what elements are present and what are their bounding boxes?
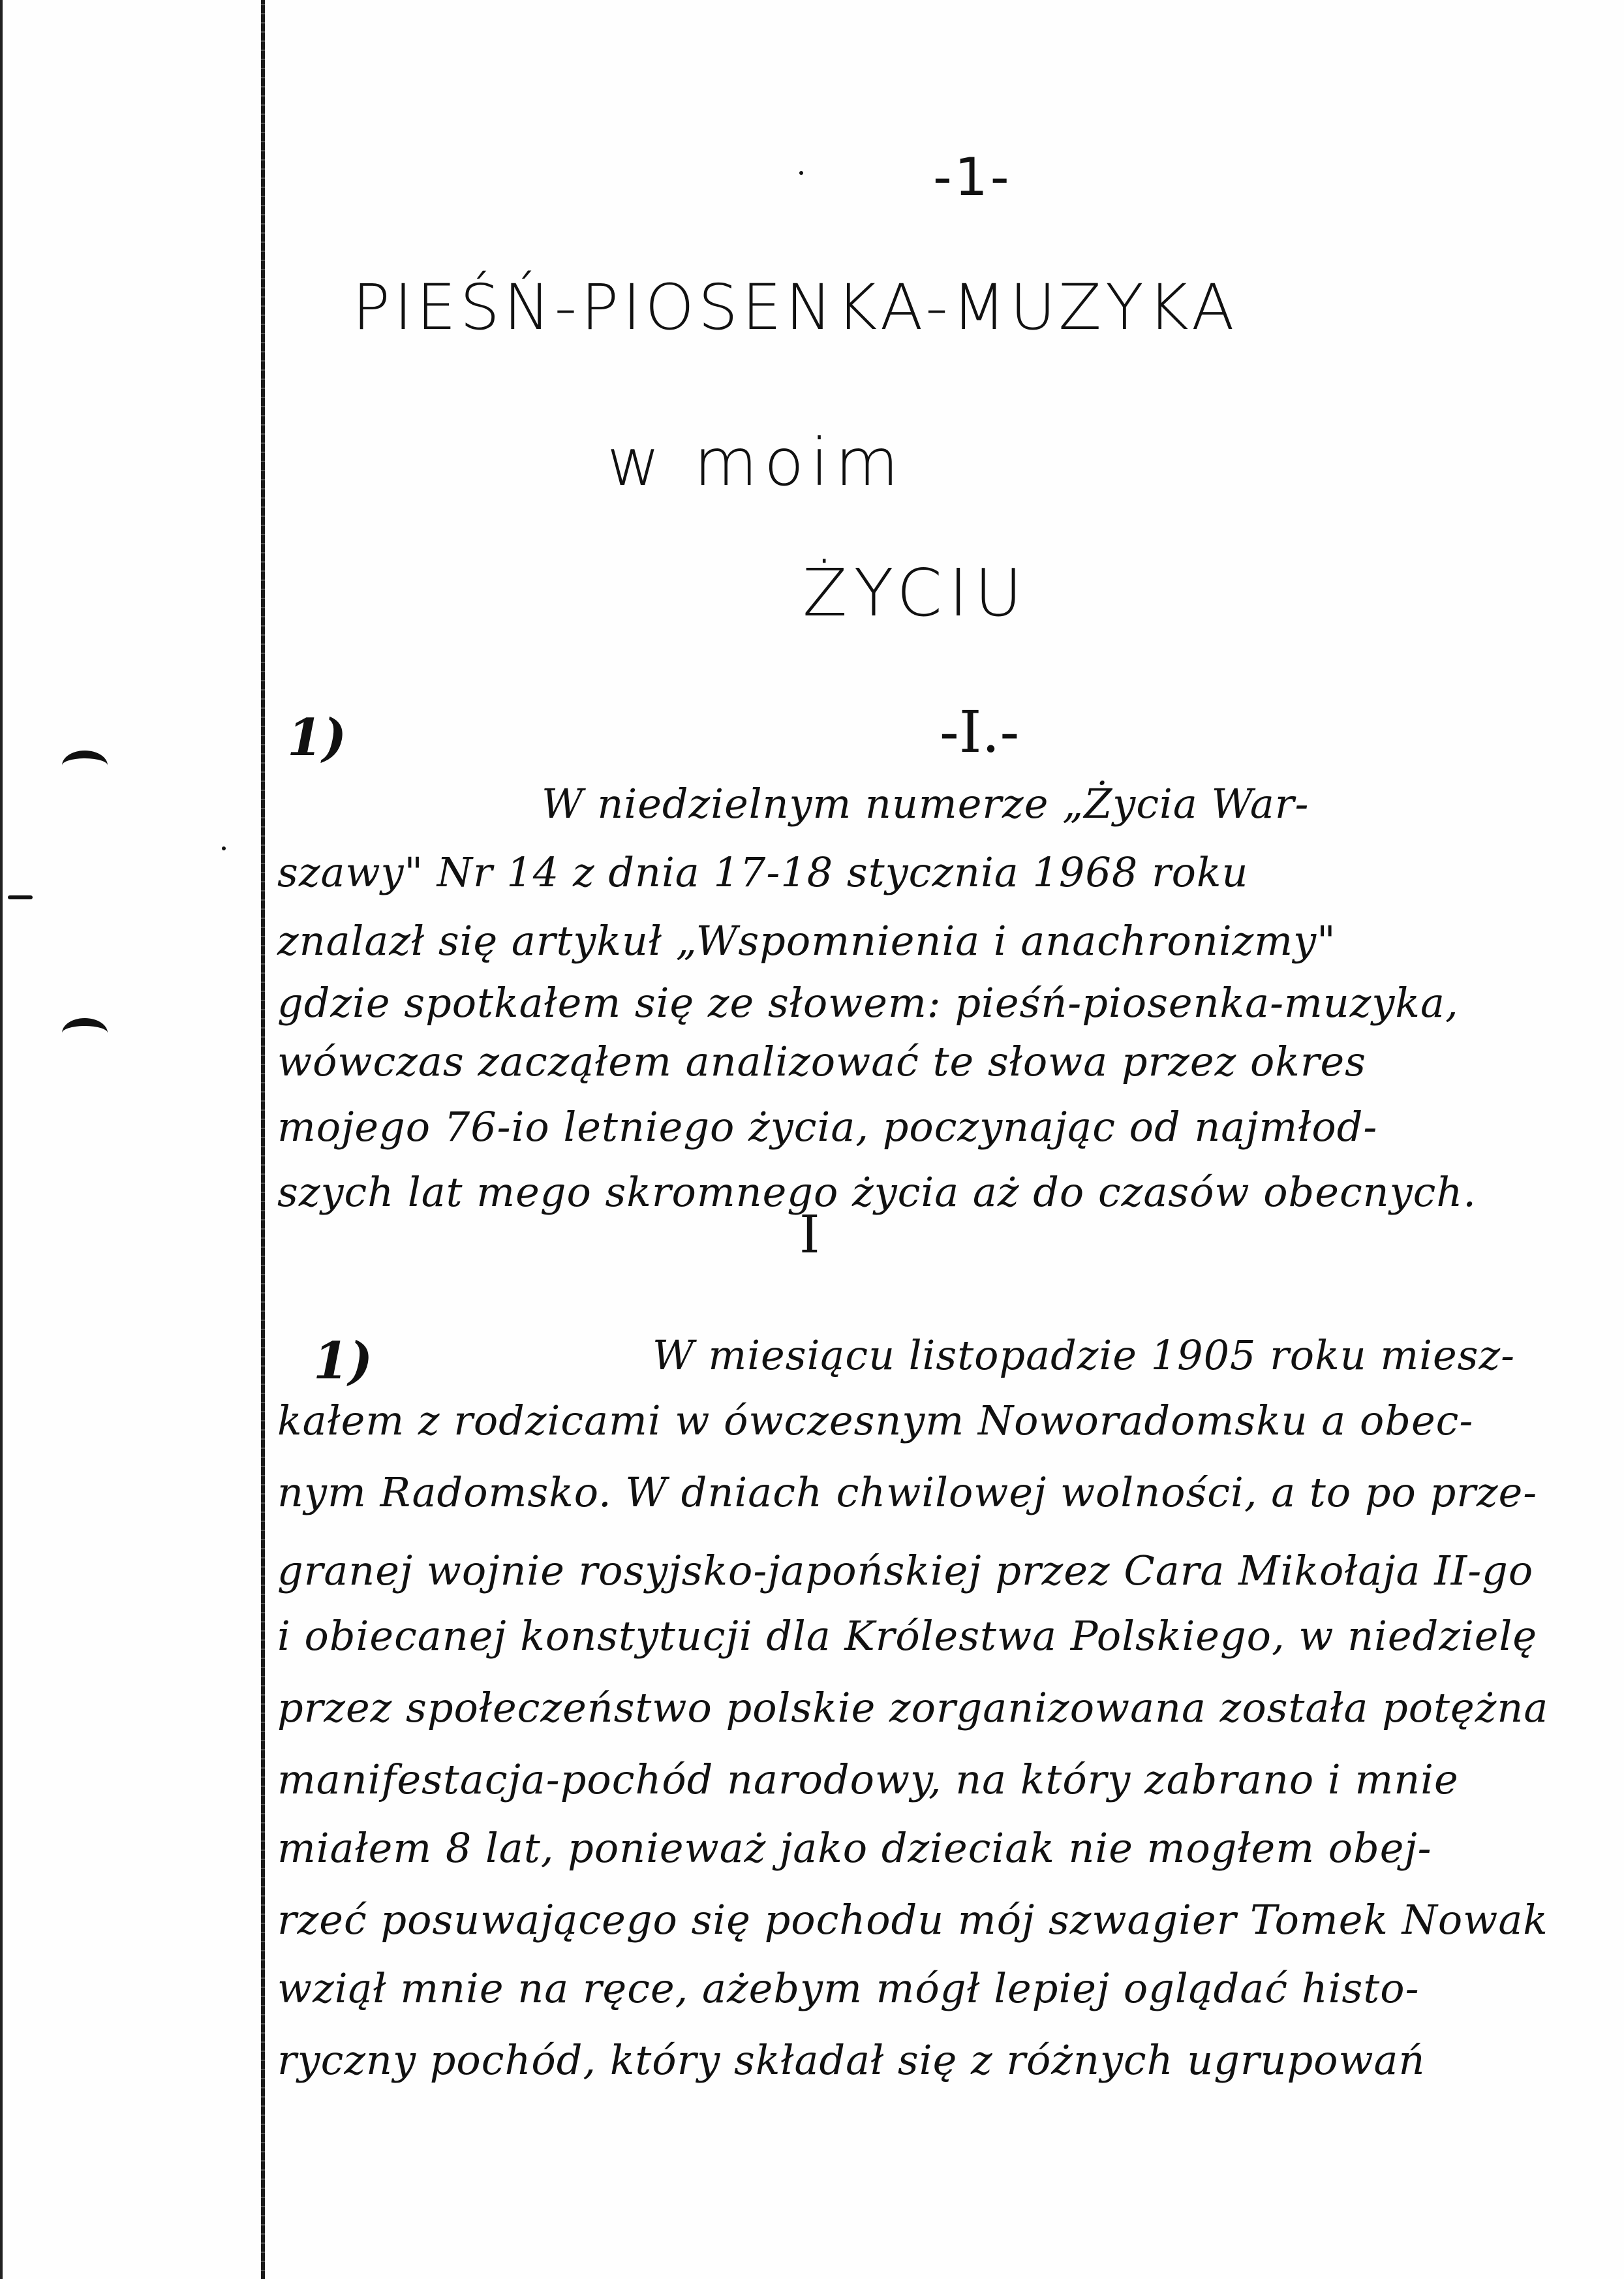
page-edge xyxy=(0,0,3,2279)
section-heading-roman-underlined: I xyxy=(799,1204,820,1265)
title-line-1: PIEŚŃ-PIOSENKA-MUZYKA xyxy=(352,271,1238,344)
text-line: szych lat mego skromnego życia aż do cza… xyxy=(277,1168,1477,1216)
text-line: manifestacja-pochód narodowy, na który z… xyxy=(277,1756,1459,1803)
punch-hole-mark-lower xyxy=(62,1018,108,1048)
text-line: ryczny pochód, który składał się z różny… xyxy=(277,2036,1425,2084)
paragraph-marker-1: 1) xyxy=(287,708,346,767)
text-line: gdzie spotkałem się ze słowem: pieśń-pio… xyxy=(277,979,1459,1027)
text-line: rzeć posuwającego się pochodu mój szwagi… xyxy=(277,1896,1548,1944)
ink-speck xyxy=(799,171,803,175)
scanned-page: -1- PIEŚŃ-PIOSENKA-MUZYKA w moim ŻYCIU 1… xyxy=(0,0,1624,2279)
text-line: W miesiącu listopadzie 1905 roku miesz- xyxy=(652,1331,1515,1379)
text-line: wówczas zacząłem analizować te słowa prz… xyxy=(277,1038,1366,1085)
text-line: znalazł się artykuł „Wspomnienia i anach… xyxy=(277,917,1336,965)
text-line: granej wojnie rosyjsko-japońskiej przez … xyxy=(277,1547,1533,1594)
punch-hole-mark-upper xyxy=(62,751,108,781)
text-line: W niedzielnym numerze „Życia War- xyxy=(542,780,1309,828)
margin-dash-mark xyxy=(8,895,33,899)
page-number: -1- xyxy=(933,147,1012,208)
text-line: nym Radomsko. W dniach chwilowej wolnośc… xyxy=(277,1468,1537,1516)
text-line: przez społeczeństwo polskie zorganizowan… xyxy=(277,1684,1548,1731)
paragraph-marker-2: 1) xyxy=(313,1331,373,1391)
text-line: i obiecanej konstytucji dla Królestwa Po… xyxy=(277,1612,1537,1660)
text-line: wziął mnie na ręce, ażebym mógł lepiej o… xyxy=(277,1964,1420,2012)
title-line-3: ŻYCIU xyxy=(803,555,1029,631)
text-line: szawy" Nr 14 z dnia 17-18 stycznia 1968 … xyxy=(277,848,1248,896)
text-line: miałem 8 lat, ponieważ jako dzieciak nie… xyxy=(277,1824,1432,1872)
text-line: mojego 76-io letniego życia, poczynając … xyxy=(277,1103,1377,1151)
ink-speck xyxy=(222,846,226,850)
text-line: kałem z rodzicami w ówczesnym Noworadoms… xyxy=(277,1397,1473,1444)
margin-line xyxy=(261,0,265,2279)
title-line-2: w moim xyxy=(607,424,905,501)
section-heading-roman: -I.- xyxy=(940,698,1019,766)
